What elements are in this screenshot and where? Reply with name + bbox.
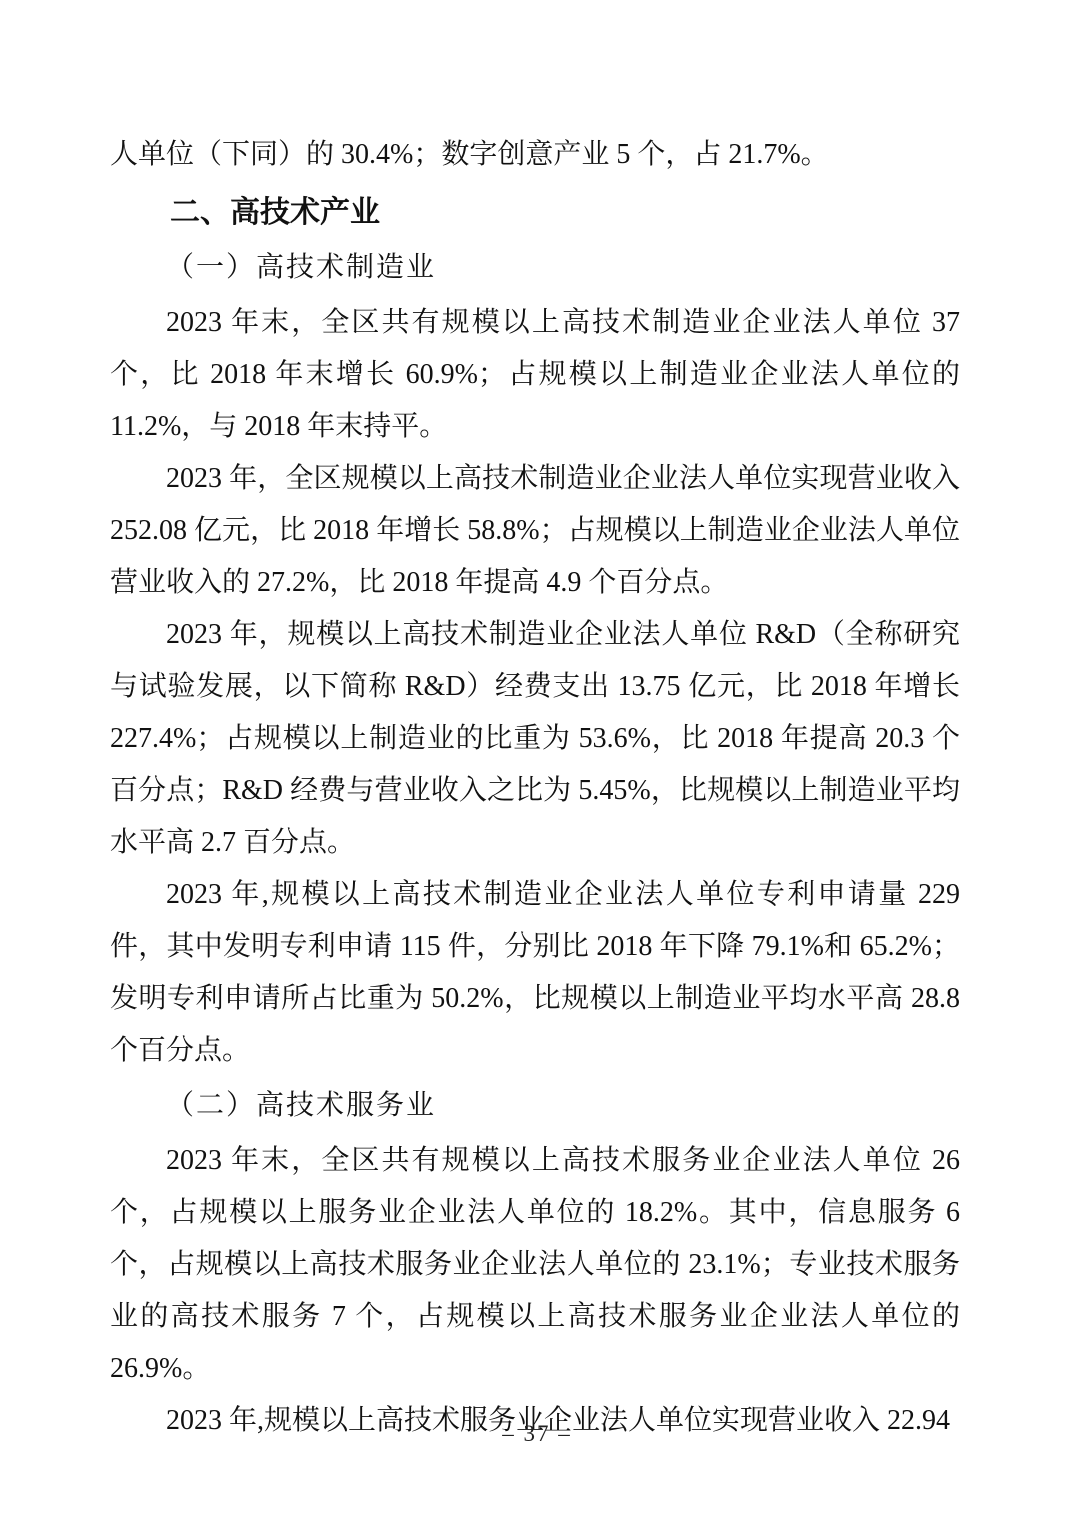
subsection-heading-high-tech-manufacturing: （一）高技术制造业	[110, 242, 960, 294]
paragraph-manufacturing-patents: 2023 年,规模以上高技术制造业企业法人单位专利申请量 229 件，其中发明专…	[110, 869, 960, 1077]
subsection-heading-high-tech-services: （二）高技术服务业	[110, 1080, 960, 1132]
document-page: 人单位（下同）的 30.4%；数字创意产业 5 个，占 21.7%。 二、高技术…	[0, 0, 1074, 1520]
paragraph-services-units: 2023 年末，全区共有规模以上高技术服务业企业法人单位 26 个，占规模以上服…	[110, 1135, 960, 1395]
section-heading-high-tech-industry: 二、高技术产业	[110, 187, 960, 239]
paragraph-manufacturing-revenue: 2023 年，全区规模以上高技术制造业企业法人单位实现营业收入 252.08 亿…	[110, 453, 960, 609]
paragraph-manufacturing-rd-expenditure: 2023 年，规模以上高技术制造业企业法人单位 R&D（全称研究与试验发展，以下…	[110, 609, 960, 869]
page-number: – 37 –	[0, 1420, 1074, 1448]
paragraph-continuation: 人单位（下同）的 30.4%；数字创意产业 5 个，占 21.7%。	[110, 129, 960, 181]
document-body: 人单位（下同）的 30.4%；数字创意产业 5 个，占 21.7%。 二、高技术…	[110, 129, 960, 1447]
paragraph-manufacturing-units: 2023 年末，全区共有规模以上高技术制造业企业法人单位 37 个，比 2018…	[110, 297, 960, 453]
